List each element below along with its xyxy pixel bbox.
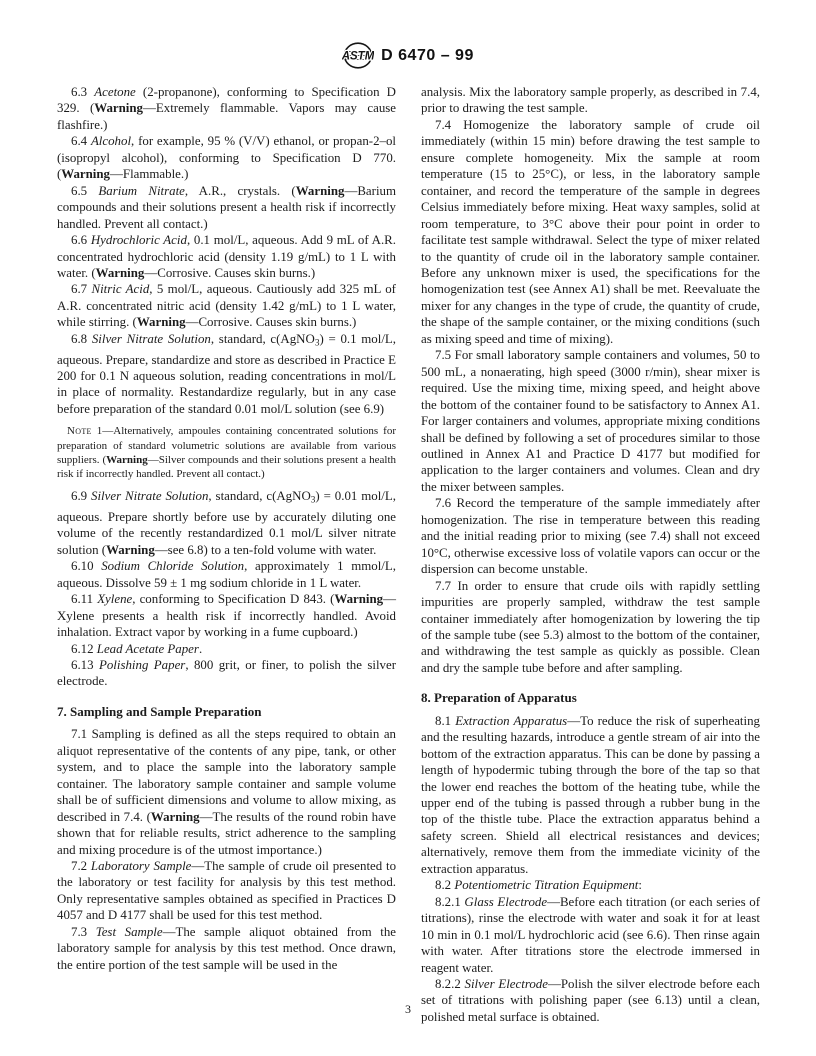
right-column: analysis. Mix the laboratory sample prop… [421, 84, 760, 1025]
paragraph: 6.12 Lead Acetate Paper. [57, 641, 396, 657]
page-header: ASTM D 6470 – 99 [0, 42, 816, 69]
paragraph: 6.9 Silver Nitrate Solution, standard, c… [57, 488, 396, 558]
astm-logo-icon: ASTM [342, 42, 374, 69]
paragraph: 7.2 Laboratory Sample—The sample of crud… [57, 858, 396, 924]
paragraph: 6.13 Polishing Paper, 800 grit, or finer… [57, 657, 396, 690]
section-heading: 8. Preparation of Apparatus [421, 690, 760, 706]
paragraph: 6.11 Xylene, conforming to Specification… [57, 591, 396, 640]
svg-text:ASTM: ASTM [342, 51, 374, 63]
note-paragraph: Note 1—Alternatively, ampoules containin… [57, 424, 396, 481]
paragraph: 6.6 Hydrochloric Acid, 0.1 mol/L, aqueou… [57, 232, 396, 281]
two-column-body: 6.3 Acetone (2-propanone), conforming to… [57, 84, 760, 1025]
page-number: 3 [405, 1002, 411, 1016]
paragraph: 7.6 Record the temperature of the sample… [421, 495, 760, 577]
paragraph: 7.7 In order to ensure that crude oils w… [421, 578, 760, 677]
left-column: 6.3 Acetone (2-propanone), conforming to… [57, 84, 396, 1025]
document-code: D 6470 – 99 [381, 47, 474, 65]
paragraph: 6.3 Acetone (2-propanone), conforming to… [57, 84, 396, 133]
paragraph: 6.8 Silver Nitrate Solution, standard, c… [57, 331, 396, 418]
paragraph: 7.1 Sampling is defined as all the steps… [57, 726, 396, 858]
paragraph: 6.7 Nitric Acid, 5 mol/L, aqueous. Cauti… [57, 281, 396, 330]
paragraph: analysis. Mix the laboratory sample prop… [421, 84, 760, 117]
paragraph: 7.4 Homogenize the laboratory sample of … [421, 117, 760, 347]
paragraph: 8.2 Potentiometric Titration Equipment: [421, 877, 760, 893]
paragraph: 6.4 Alcohol, for example, 95 % (V/V) eth… [57, 133, 396, 182]
section-heading: 7. Sampling and Sample Preparation [57, 704, 396, 720]
paragraph: 8.2.2 Silver Electrode—Polish the silver… [421, 976, 760, 1025]
paragraph: 7.5 For small laboratory sample containe… [421, 347, 760, 495]
paragraph: 6.10 Sodium Chloride Solution, approxima… [57, 558, 396, 591]
page-footer: 3 [0, 1002, 816, 1017]
paragraph: 6.5 Barium Nitrate, A.R., crystals. (War… [57, 183, 396, 232]
paragraph: 8.2.1 Glass Electrode—Before each titrat… [421, 894, 760, 976]
paragraph: 8.1 Extraction Apparatus—To reduce the r… [421, 713, 760, 878]
paragraph: 7.3 Test Sample—The sample aliquot obtai… [57, 924, 396, 973]
document-page: ASTM D 6470 – 99 6.3 Acetone (2-propanon… [0, 0, 816, 1056]
